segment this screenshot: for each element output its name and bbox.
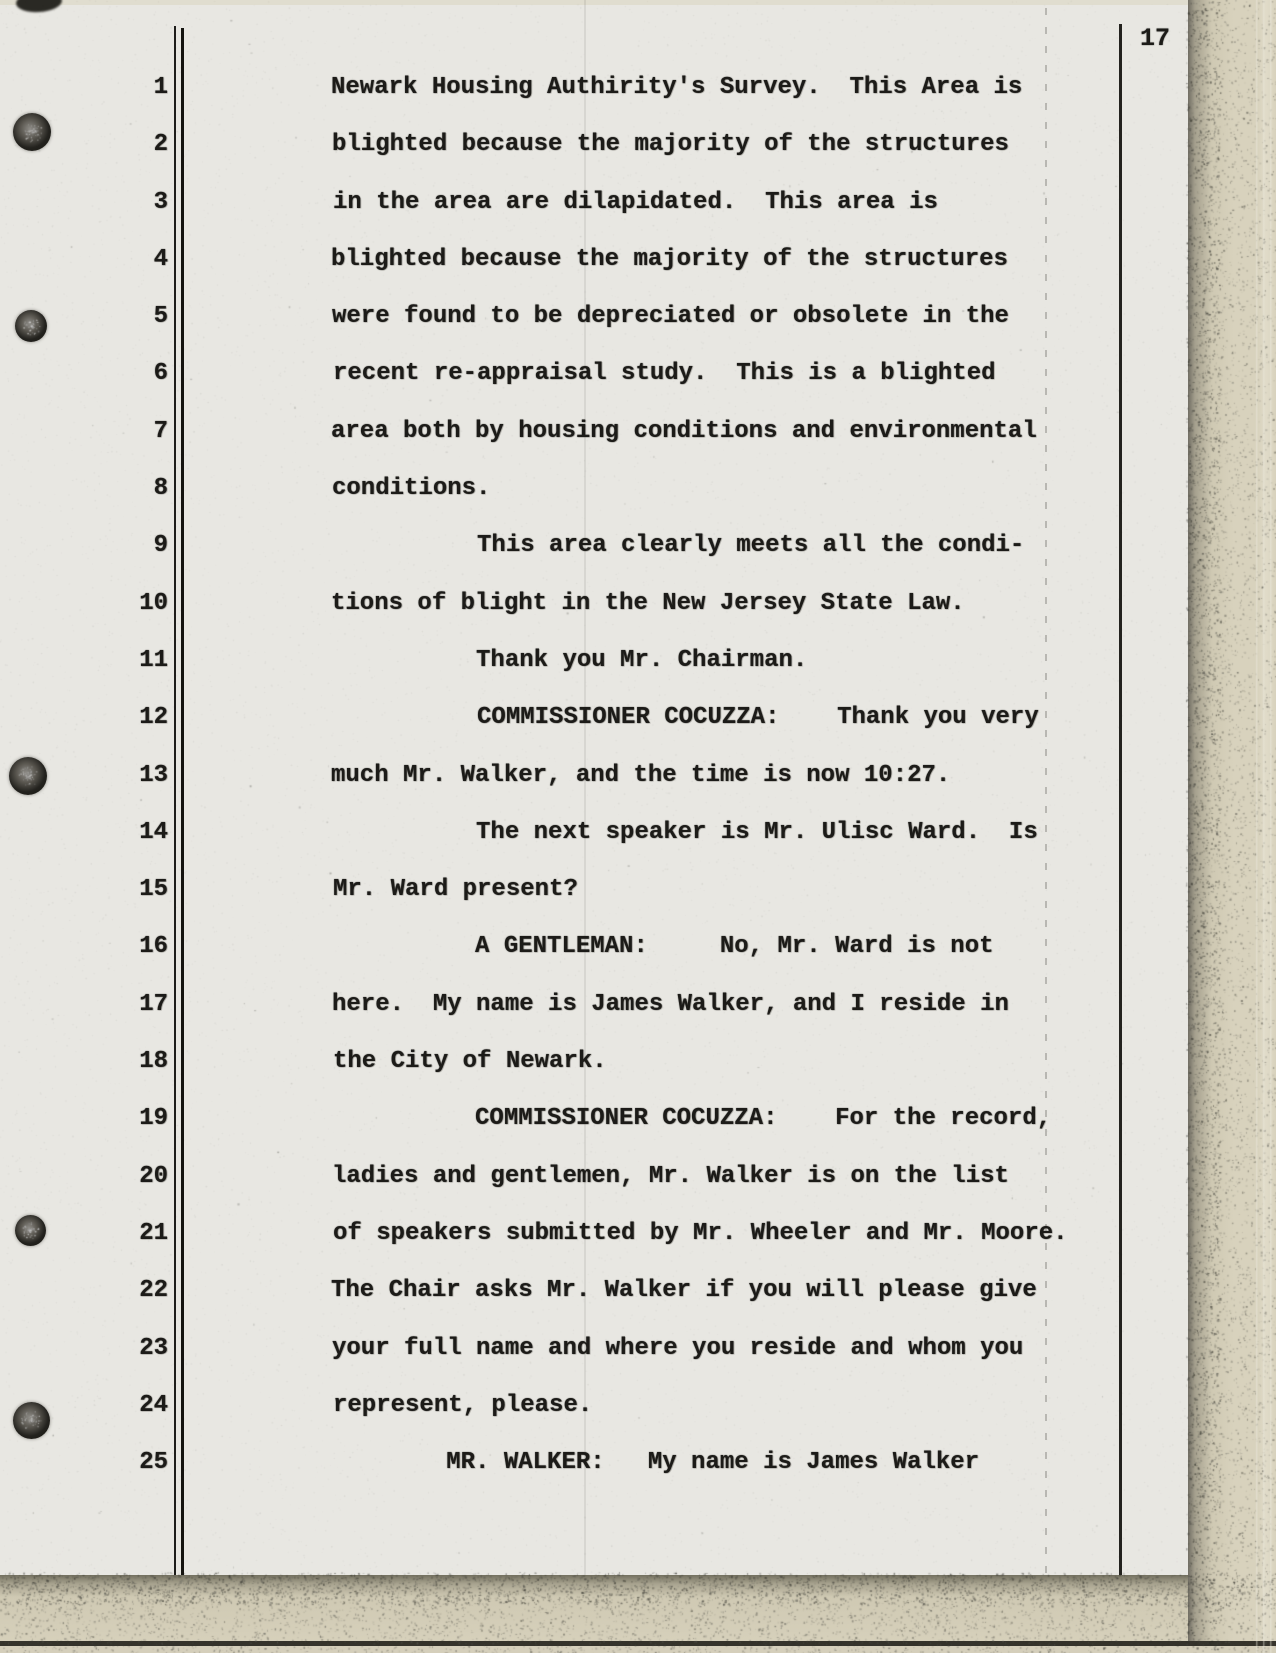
line-number-gutter: 1234567891011121314151617181920212223242… xyxy=(92,59,168,1491)
hole-punch xyxy=(13,113,51,151)
transcript-line: blighted because the majority of the str… xyxy=(332,116,1162,173)
transcript-line: your full name and where you reside and … xyxy=(332,1320,1162,1377)
line-number: 2 xyxy=(92,116,168,173)
line-number: 22 xyxy=(92,1262,168,1319)
transcript-line: here. My name is James Walker, and I res… xyxy=(332,976,1162,1033)
page-top-edge xyxy=(0,0,1188,5)
line-number: 21 xyxy=(92,1205,168,1262)
line-number: 7 xyxy=(92,403,168,460)
transcript-line: tions of blight in the New Jersey State … xyxy=(331,575,1161,632)
transcript-line: A GENTLEMAN: No, Mr. Ward is not xyxy=(331,918,1161,975)
line-number: 11 xyxy=(92,632,168,689)
transcript-line: in the area are dilapidated. This area i… xyxy=(333,174,1163,231)
page-surface: 17 1234567891011121314151617181920212223… xyxy=(0,0,1188,1575)
transcript-line: recent re-appraisal study. This is a bli… xyxy=(333,345,1163,402)
transcript-line: area both by housing conditions and envi… xyxy=(331,403,1161,460)
transcript-line: of speakers submitted by Mr. Wheeler and… xyxy=(333,1205,1163,1262)
hole-punch xyxy=(15,310,47,342)
line-number: 5 xyxy=(92,288,168,345)
margin-double-rule-inner xyxy=(181,28,184,1575)
hole-punch xyxy=(13,1402,50,1439)
scanner-bottom-strip xyxy=(0,1646,1276,1653)
transcript-line: Newark Housing Authirity's Survey. This … xyxy=(331,59,1161,116)
transcript-line: much Mr. Walker, and the time is now 10:… xyxy=(331,747,1161,804)
line-number: 14 xyxy=(92,804,168,861)
transcript-line: COMMISSIONER COCUZZA: Thank you very xyxy=(333,689,1163,746)
transcript-line: COMMISSIONER COCUZZA: For the record, xyxy=(331,1090,1161,1147)
line-number: 12 xyxy=(92,689,168,746)
line-number: 19 xyxy=(92,1090,168,1147)
hole-punch xyxy=(15,1215,46,1246)
margin-double-rule-outer xyxy=(174,26,176,1575)
line-number: 3 xyxy=(92,174,168,231)
line-number: 24 xyxy=(92,1377,168,1434)
line-number: 18 xyxy=(92,1033,168,1090)
transcript-line: The next speaker is Mr. Ulisc Ward. Is xyxy=(332,804,1162,861)
line-number: 25 xyxy=(92,1434,168,1491)
scanned-transcript-page: 17 1234567891011121314151617181920212223… xyxy=(0,0,1276,1653)
transcript-line: The Chair asks Mr. Walker if you will pl… xyxy=(331,1262,1161,1319)
line-number: 1 xyxy=(92,59,168,116)
transcript-line: ladies and gentlemen, Mr. Walker is on t… xyxy=(332,1148,1162,1205)
transcript-line: blighted because the majority of the str… xyxy=(331,231,1161,288)
line-number: 16 xyxy=(92,918,168,975)
line-number: 9 xyxy=(92,517,168,574)
line-number: 8 xyxy=(92,460,168,517)
hole-punch xyxy=(9,757,47,795)
line-number: 6 xyxy=(92,345,168,402)
line-number: 23 xyxy=(92,1320,168,1377)
transcript-line: represent, please. xyxy=(333,1377,1163,1434)
page-number: 17 xyxy=(1140,24,1170,53)
transcript-line: This area clearly meets all the condi- xyxy=(333,517,1163,574)
transcript-line: were found to be depreciated or obsolete… xyxy=(332,288,1162,345)
transcript-line: MR. WALKER: My name is James Walker xyxy=(331,1434,1161,1491)
line-number: 10 xyxy=(92,575,168,632)
transcript-text-column: Newark Housing Authirity's Survey. This … xyxy=(332,59,1162,1491)
transcript-line: Thank you Mr. Chairman. xyxy=(332,632,1162,689)
corner-ink-smudge xyxy=(15,0,62,14)
line-number: 4 xyxy=(92,231,168,288)
line-number: 17 xyxy=(92,976,168,1033)
transcript-line: the City of Newark. xyxy=(333,1033,1163,1090)
line-number: 15 xyxy=(92,861,168,918)
transcript-line: conditions. xyxy=(332,460,1162,517)
line-number: 13 xyxy=(92,747,168,804)
line-number: 20 xyxy=(92,1148,168,1205)
underlying-pages-edge-right xyxy=(1188,0,1276,1653)
transcript-line: Mr. Ward present? xyxy=(333,861,1163,918)
